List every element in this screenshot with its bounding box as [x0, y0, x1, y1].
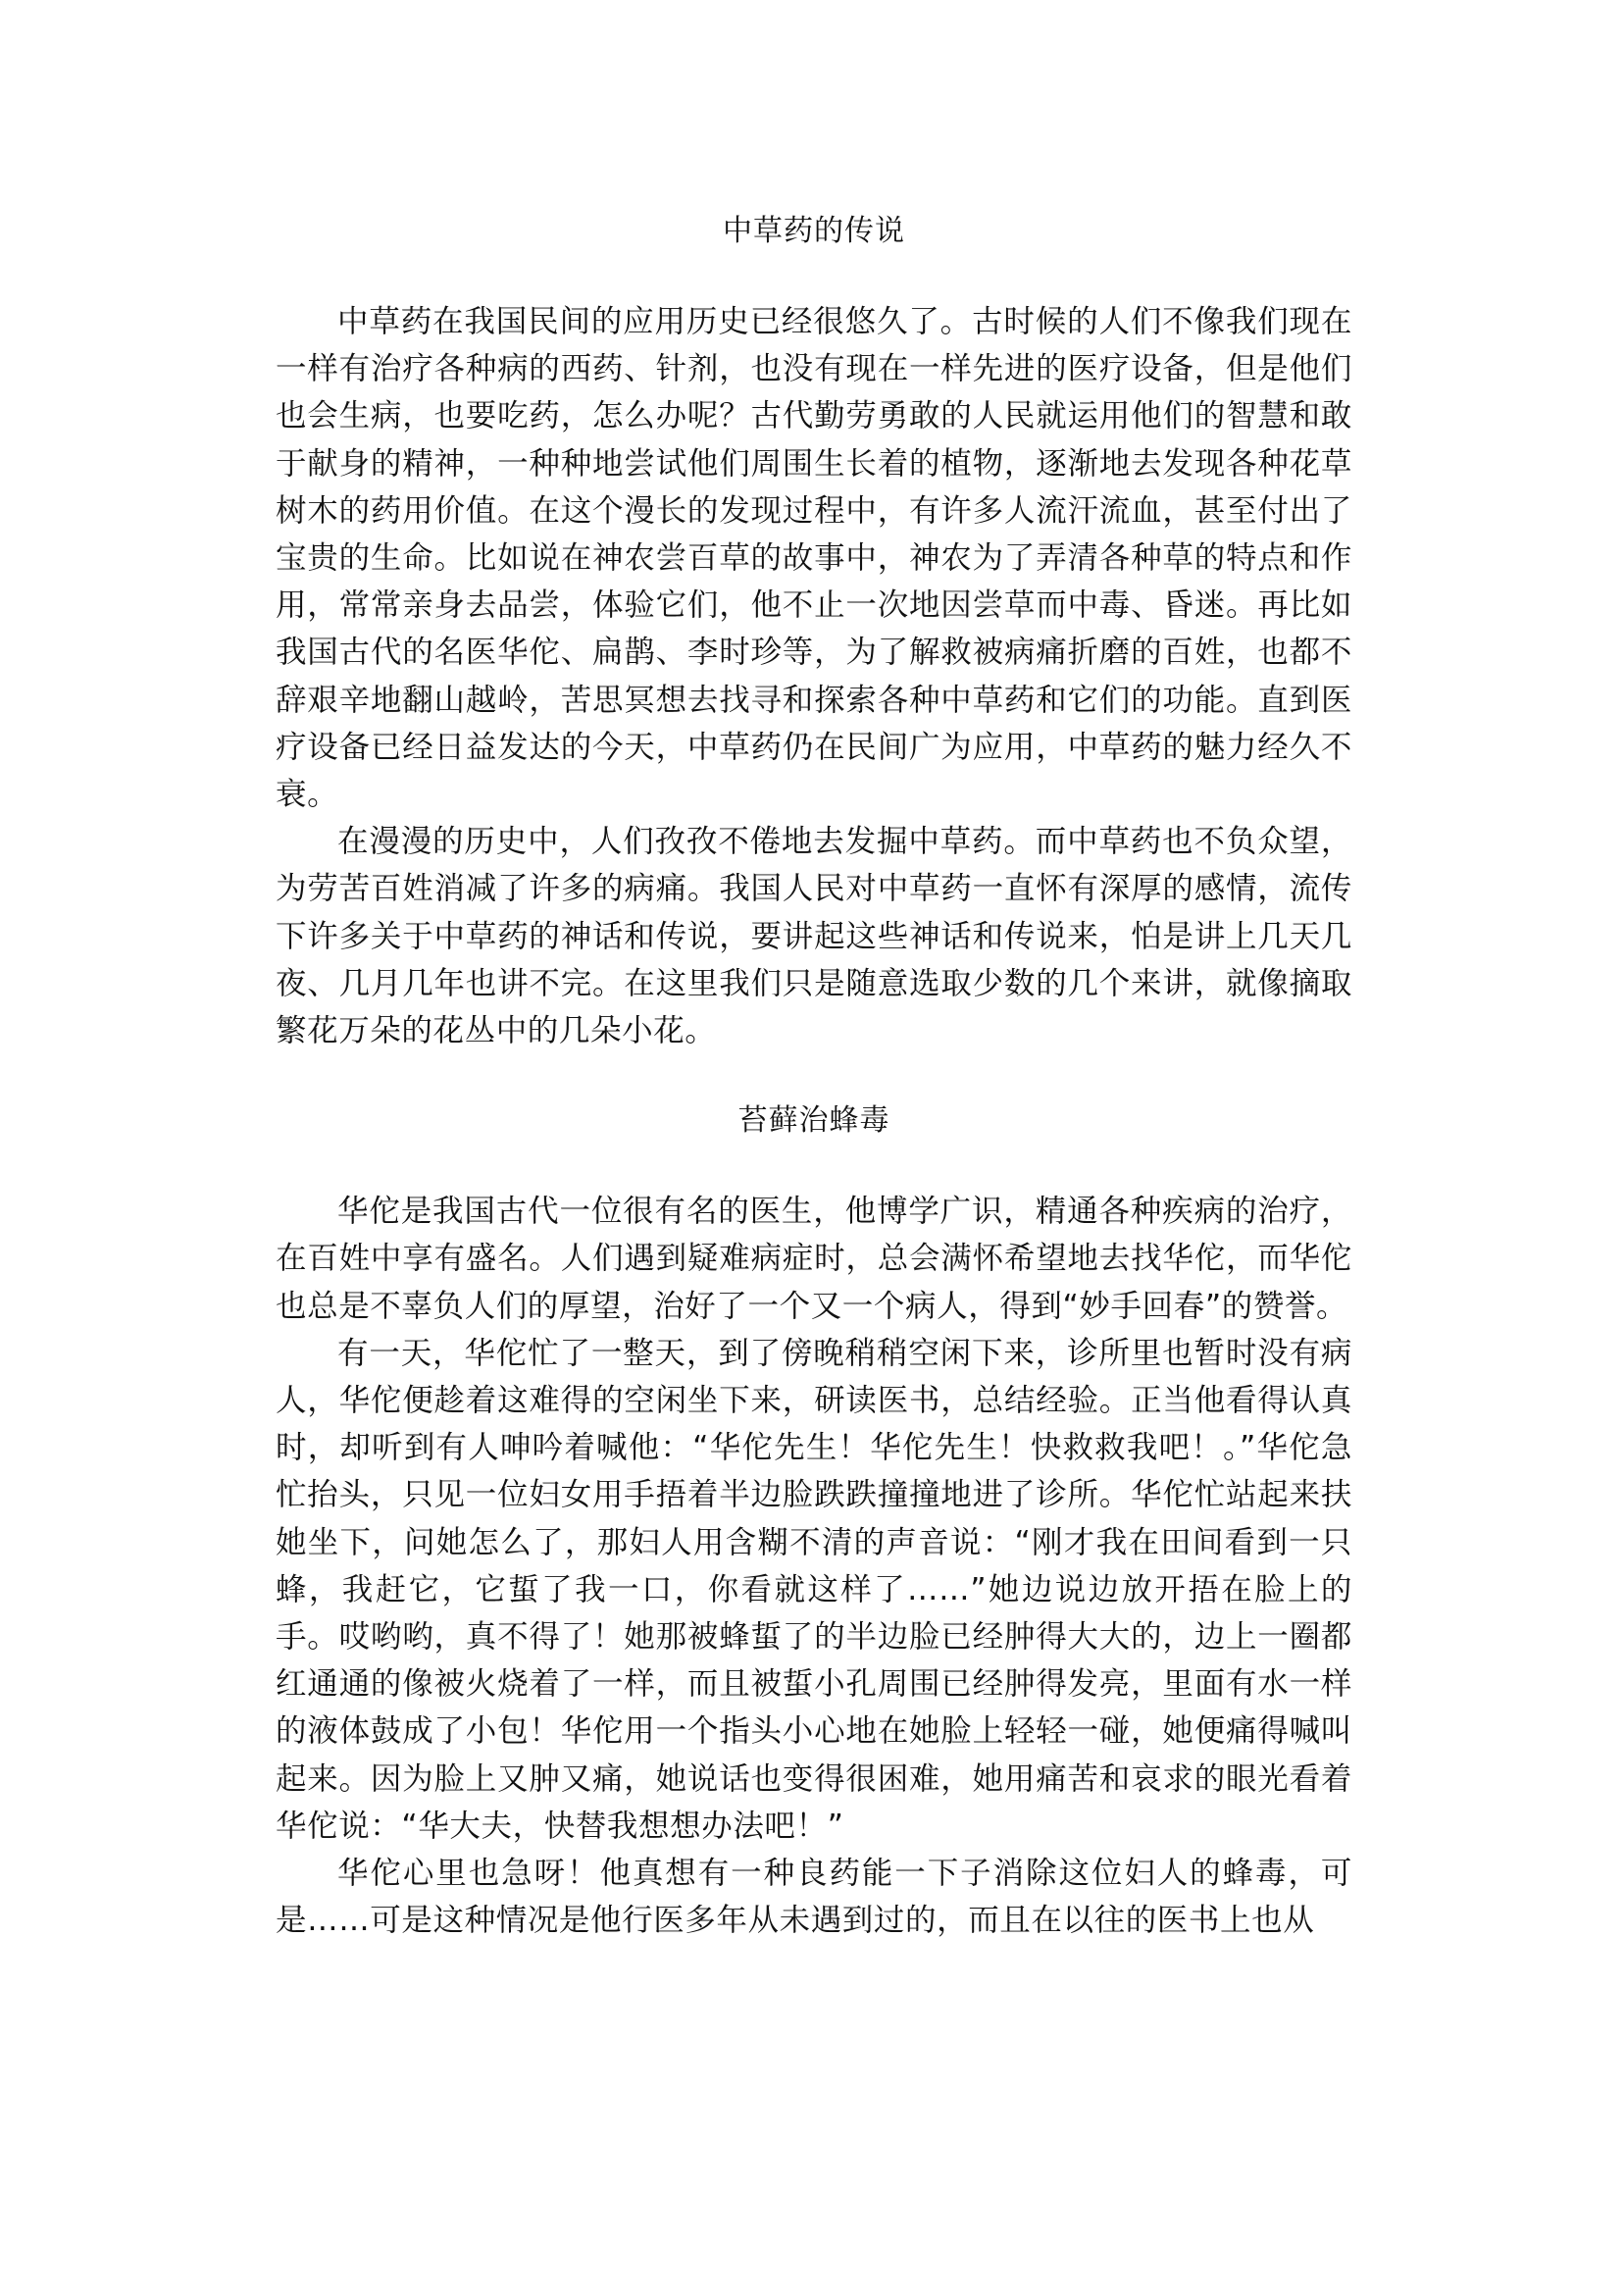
section-paragraph-1: 华佗是我国古代一位很有名的医生，他博学广识，精通各种疾病的治疗，在百姓中享有盛名…: [276, 1188, 1352, 1330]
document-title: 中草药的传说: [276, 208, 1352, 255]
intro-paragraph-2: 在漫漫的历史中，人们孜孜不倦地去发掘中草药。而中草药也不负众望，为劳苦百姓消减了…: [276, 818, 1352, 1054]
section-paragraph-2: 有一天，华佗忙了一整天，到了傍晚稍稍空闲下来，诊所里也暂时没有病人，华佗便趁着这…: [276, 1330, 1352, 1850]
document-page: 中草药的传说 中草药在我国民间的应用历史已经很悠久了。古时候的人们不像我们现在一…: [276, 208, 1352, 1945]
section-title: 苔藓治蜂毒: [276, 1097, 1352, 1145]
section-paragraph-3: 华佗心里也急呀！他真想有一种良药能一下子消除这位妇人的蜂毒，可是……可是这种情况…: [276, 1850, 1352, 1944]
intro-paragraph-1: 中草药在我国民间的应用历史已经很悠久了。古时候的人们不像我们现在一样有治疗各种病…: [276, 298, 1352, 818]
